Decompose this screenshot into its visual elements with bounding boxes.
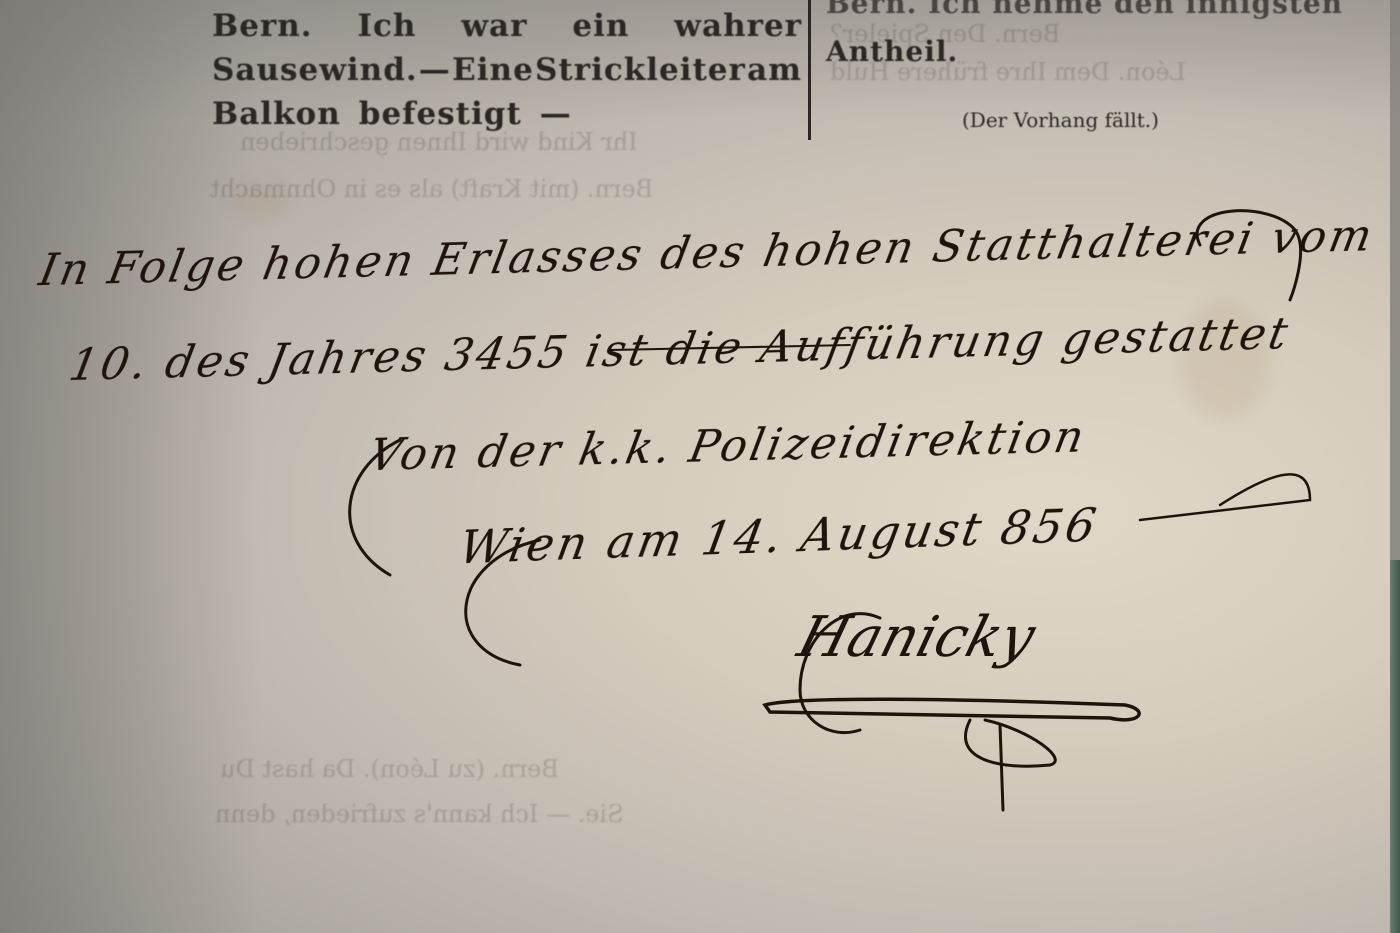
signature: Hanicky (791, 605, 1042, 670)
